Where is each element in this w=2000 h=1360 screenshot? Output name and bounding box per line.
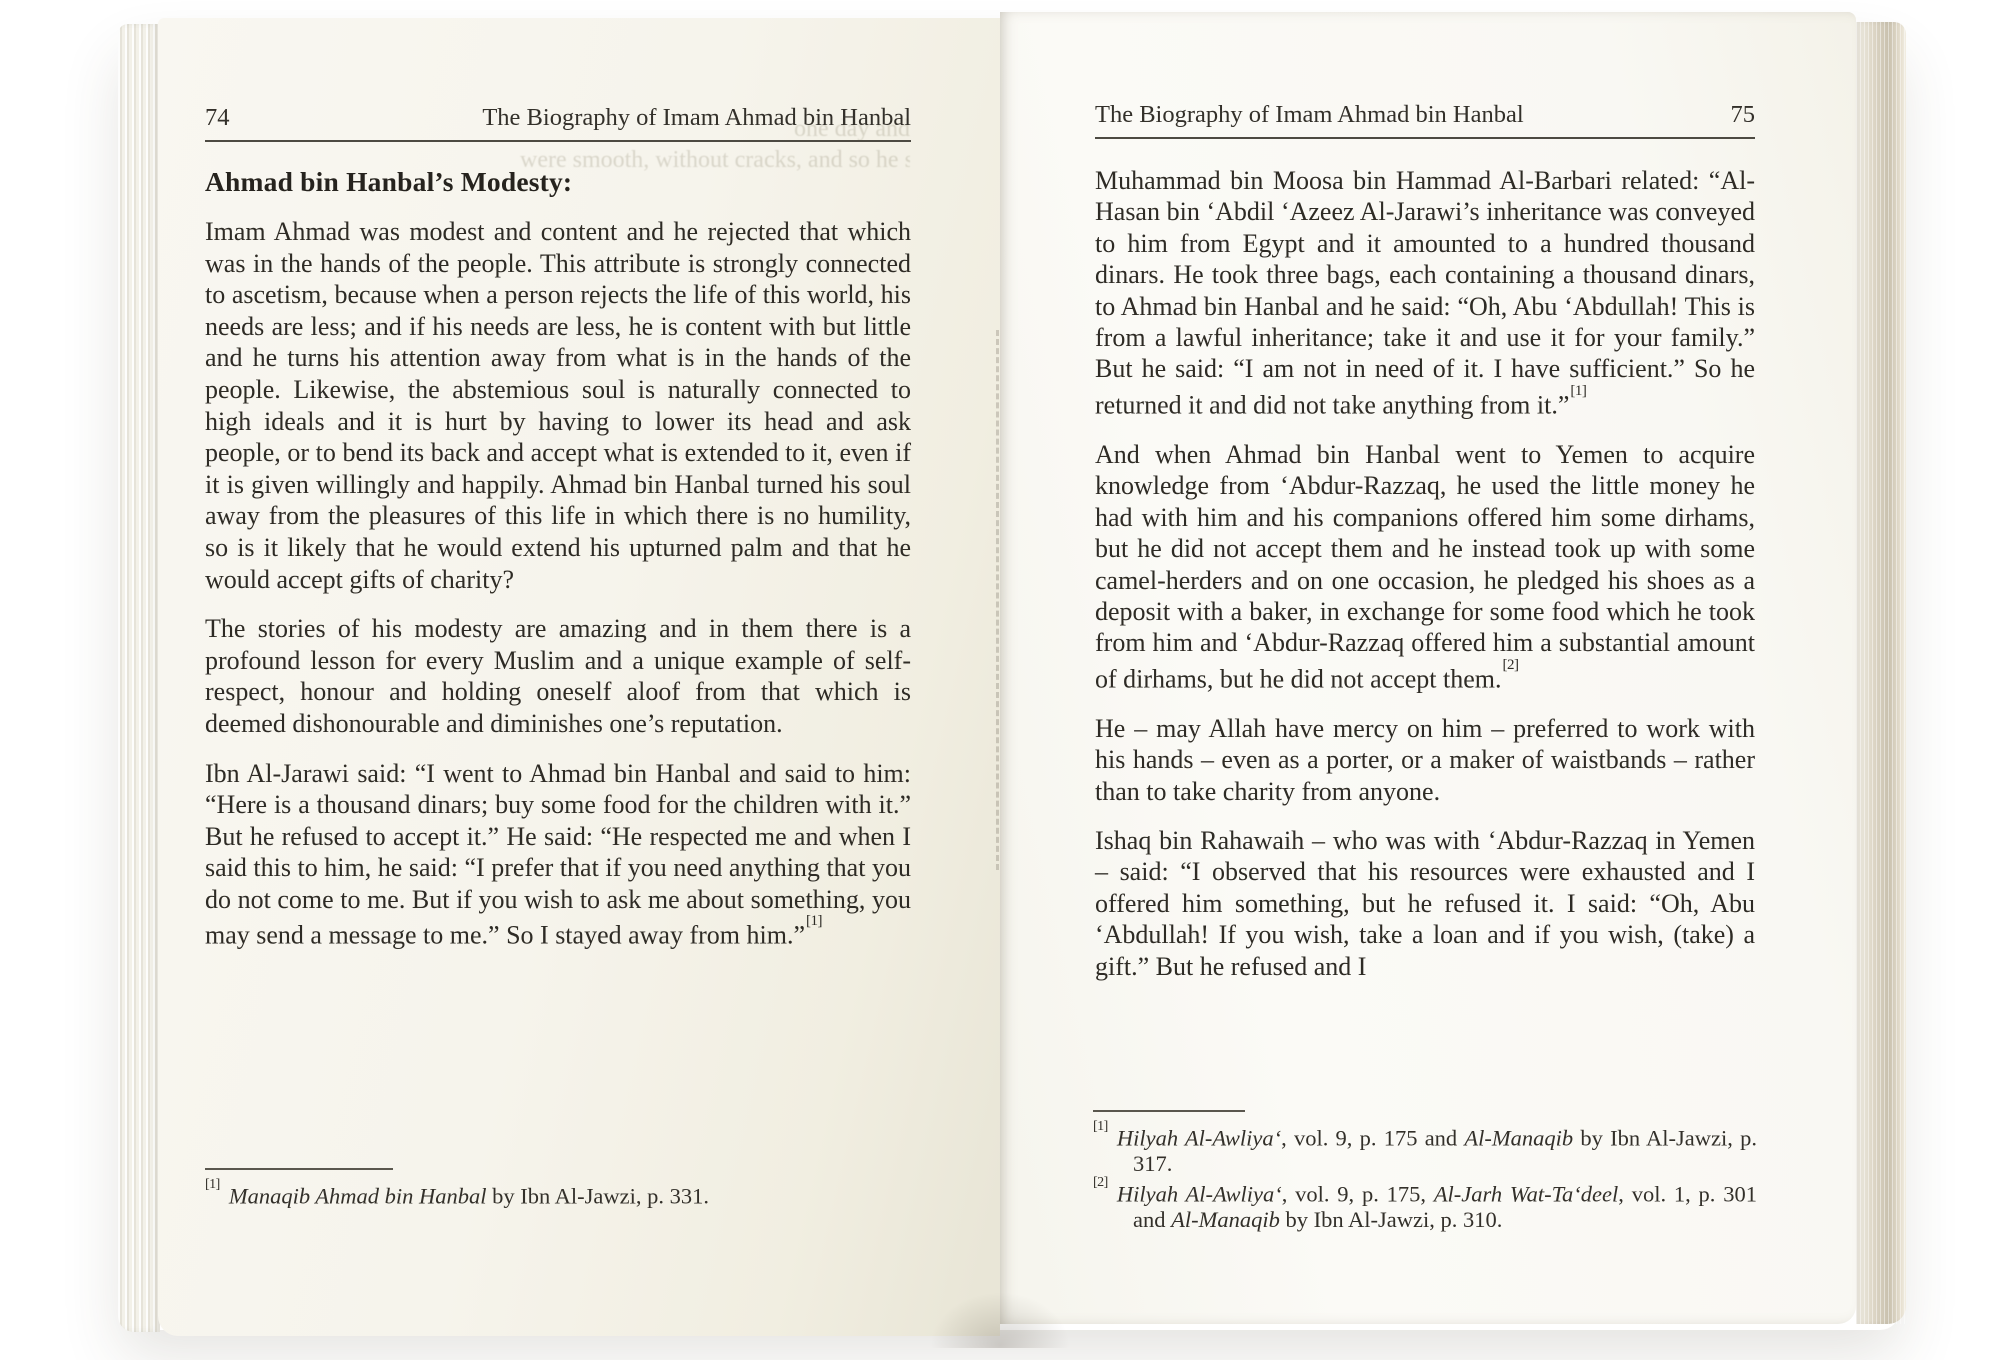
paragraph-text: Imam Ahmad was modest and content and he… [205,217,911,594]
left-page-number: 74 [205,105,230,131]
page-edges-right [1856,22,1906,1324]
footnote-text: Hilyah Al-Awliya‘ [1117,1126,1281,1151]
paragraph-text: Ishaq bin Rahawaih – who was with ‘Abdur… [1095,826,1755,981]
gutter-shadow [930,1292,1070,1348]
footnote-ref: [1] [1570,383,1586,399]
left-page-content: 74 The Biography of Imam Ahmad bin Hanba… [205,105,911,952]
footnote: [1]Manaqib Ahmad bin Hanbal by Ibn Al-Ja… [205,1179,911,1209]
paragraph-text: Muhammad bin Moosa bin Hammad Al-Barbari… [1095,166,1755,420]
right-page-header: The Biography of Imam Ahmad bin Hanbal 7… [1095,102,1755,139]
footnote-text: Manaqib Ahmad bin Hanbal [229,1184,487,1209]
footnote-ref: [2] [1503,657,1519,673]
footnote-text: Al-Manaqib [1464,1126,1573,1151]
left-footnotes: [1]Manaqib Ahmad bin Hanbal by Ibn Al-Ja… [205,1168,911,1209]
paragraph-text: And when Ahmad bin Hanbal went to Yemen … [1095,440,1755,694]
paragraph-text: He – may Allah have mercy on him – prefe… [1095,714,1755,806]
left-page-header: 74 The Biography of Imam Ahmad bin Hanba… [205,105,911,142]
paragraph-text: The stories of his modesty are amazing a… [205,614,911,738]
right-page-content: The Biography of Imam Ahmad bin Hanbal 7… [1095,102,1755,982]
open-book-photo: one day and were smooth, without cracks,… [0,0,2000,1360]
body-paragraph: The stories of his modesty are amazing a… [205,613,911,739]
spine-stitching [996,330,999,870]
left-running-title: The Biography of Imam Ahmad bin Hanbal [482,105,911,131]
body-paragraph: And when Ahmad bin Hanbal went to Yemen … [1095,439,1755,695]
footnote-text: by Ibn Al-Jawzi, p. 310. [1280,1207,1502,1232]
footnote-text: Al-Jarh Wat-Ta‘deel [1434,1181,1618,1206]
footnote: [2]Hilyah Al-Awliya‘, vol. 9, p. 175, Al… [1093,1177,1757,1233]
footnote-ref: [1] [806,913,822,929]
footnote-rule [1093,1110,1245,1112]
footnote-text: Al-Manaqib [1171,1207,1280,1232]
footnote-marker: [2] [1093,1175,1108,1190]
body-paragraph: Ibn Al-Jarawi said: “I went to Ahmad bin… [205,758,911,952]
body-paragraph: Muhammad bin Moosa bin Hammad Al-Barbari… [1095,165,1755,421]
page-edges-left [118,24,160,1332]
right-footnotes: [1]Hilyah Al-Awliya‘, vol. 9, p. 175 and… [1093,1110,1757,1232]
footnote-text: Hilyah Al-Awliya‘ [1117,1181,1282,1206]
body-paragraph: He – may Allah have mercy on him – prefe… [1095,713,1755,807]
footnote-text: , vol. 9, p. 175, [1282,1181,1434,1206]
footnote-rule [205,1168,393,1170]
footnote-marker: [1] [1093,1119,1108,1134]
section-heading: Ahmad bin Hanbal’s Modesty: [205,166,911,198]
footnote: [1]Hilyah Al-Awliya‘, vol. 9, p. 175 and… [1093,1121,1757,1177]
right-page-number: 75 [1731,102,1756,128]
body-paragraph: Imam Ahmad was modest and content and he… [205,216,911,595]
footnote-text: by Ibn Al-Jawzi, p. 331. [487,1184,709,1209]
body-paragraph: Ishaq bin Rahawaih – who was with ‘Abdur… [1095,825,1755,982]
right-running-title: The Biography of Imam Ahmad bin Hanbal [1095,102,1524,128]
footnote-text: , vol. 9, p. 175 and [1281,1126,1464,1151]
footnote-marker: [1] [205,1177,220,1192]
